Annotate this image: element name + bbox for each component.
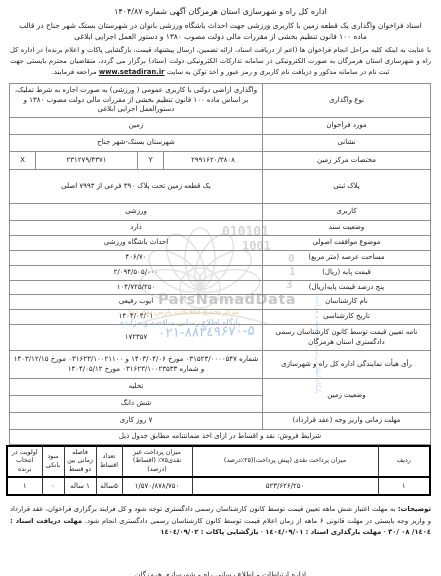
table-row: قیمت پایه (ریال) ۲/۰۹۴/۵۰۵/۰۰۰ [10, 265, 431, 280]
cell-winner-priority: ۱ [7, 477, 42, 495]
row-value: ۴۰۶/۷۰ [10, 251, 263, 266]
sale-terms: شرایط فروش: نقد و اقساط در ازای اخذ ضمان… [10, 430, 431, 445]
coordinate-y-label: Y [138, 152, 164, 169]
row-label: وضعیت زمین [263, 379, 431, 413]
row-value: ایوب رفیعی [10, 295, 263, 310]
table-row: کاربری ورزشی [10, 204, 431, 221]
payments-header-row: ردیف میزان پرداخت نقدی (پیش پرداخت)(۲۵٪د… [7, 446, 430, 478]
table-row-coordinates: مختصات مرکز زمین ۲۹۹۱۶۲۰/۳۸۰۸ Y ۲۳۱۲۷۹/۴… [10, 152, 431, 170]
cell-row-number: ۱ [378, 477, 430, 495]
row-value: ۱۷۲۳۵۷ [10, 325, 263, 351]
row-label: مختصات مرکز زمین [263, 152, 431, 170]
row-value: دارد [10, 221, 263, 236]
document-title: اداره کل راه و شهرسازی استان هرمزگان آگه… [10, 7, 431, 16]
row-value: ورزشی [10, 204, 263, 221]
row-label: نشانی [263, 135, 431, 152]
table-row: وضعیت سند دارد [10, 221, 431, 236]
row-label: موضوع موافقت اصولی [263, 236, 431, 251]
row-value: ۷ روز کاری [10, 413, 263, 430]
row-value: ۲۹۹۱۶۲۰/۳۸۰۸ Y ۲۳۱۲۷۹/۴۳۷۱ X [10, 152, 263, 170]
cell-installment-interval: ۱ ساله [64, 477, 96, 495]
row-value: واگذاری اراضی دولتی با کاربری عمومی ( ور… [10, 83, 263, 117]
table-row: رأی هیأت نمایندگی اداره کل راه و شهرسازی… [10, 351, 431, 379]
upload-deadline-label: مهلت بارگذاری اسناد : [306, 528, 382, 536]
row-label: مساحت عرصه (متر مربع) [263, 251, 431, 266]
table-row: نامه تعیین قیمت توسط کانون کارشناسان رسم… [10, 325, 431, 351]
row-value: احداث باشگاه ورزشی [10, 236, 263, 251]
opening-label: بازگشایی پاکات : [201, 528, 259, 536]
table-row: پنج درصد قیمت پایه(ریال) ۱۰۴/۷۲۵/۲۵۰ [10, 280, 431, 295]
cell-bank-interest: ۰ [42, 477, 64, 495]
payments-table: ردیف میزان پرداخت نقدی (پیش پرداخت)(۲۵٪د… [6, 445, 431, 497]
row-label: نوع واگذاری [263, 83, 431, 117]
row-value: یک قطعه زمین تحت پلاک ۳۹۰ فرعی از ۷۹۹۳ ا… [10, 170, 263, 204]
row-value: تخلیه [10, 379, 263, 396]
row-label: پلاک ثبتی [263, 170, 431, 204]
column-header: سود بانکی [42, 446, 64, 478]
row-label: وضعیت سند [263, 221, 431, 236]
table-row: مساحت عرصه (متر مربع) ۴۰۶/۷۰ [10, 251, 431, 266]
cell-installment-count: ۵ساله [96, 477, 122, 495]
upload-deadline-date: ١٤٠٤/٠٩/٠١ [265, 527, 303, 538]
table-row: نام کارشناسان ایوب رفیعی [10, 295, 431, 310]
row-label: پنج درصد قیمت پایه(ریال) [263, 280, 431, 295]
coordinate-x-value: ۲۳۱۲۷۹/۴۳۷۱ [36, 152, 138, 169]
row-value: شماره ۰۳۱۵۲۳/۰۰۰۰۵۴۷ مورخ ۱۴۰۳/۰۴/۰۶ و ۰… [10, 351, 263, 379]
cell-cash-payment: ۵۲۳/۶۲۶/۲۵۰ [192, 477, 378, 495]
row-label: مورد فراخوان [263, 118, 431, 135]
row-label: تاریخ کارشناسی [263, 310, 431, 325]
separator: - [383, 528, 385, 536]
receive-deadline-date: ۳۰/ ۰۸ /١٤٠٤ [388, 527, 431, 538]
column-header: تعداد اقساط [96, 446, 122, 478]
coordinates-cells: ۲۹۹۱۶۲۰/۳۸۰۸ Y ۲۳۱۲۷۹/۴۳۷۱ X [10, 152, 262, 169]
column-header: فاصله زمانی بین دو قسط [64, 446, 96, 478]
row-label: نامه تعیین قیمت توسط کانون کارشناسان رسم… [263, 325, 431, 351]
row-label: مهلت زمانی واریز وجه (عقد قرارداد) [263, 413, 431, 430]
opening-date: ١٤٠٤/٠٩/٠٢ [160, 527, 198, 538]
column-header: میزان پرداخت نقدی (پیش پرداخت)(۲۵٪درصد) [192, 446, 378, 478]
table-row: تاریخ کارشناسی ۱۴۰۴/۰۴/۰۱ [10, 310, 431, 325]
row-value: ۱۰۴/۷۲۵/۲۵۰ [10, 280, 263, 295]
coordinate-y-value: ۲۹۹۱۶۲۰/۳۸۰۸ [164, 152, 262, 169]
table-row: مهلت زمانی واریز وجه (عقد قرارداد) ۷ روز… [10, 413, 431, 430]
intro-tail: مراجعه فرمایند. [52, 68, 99, 76]
table-row: پلاک ثبتی یک قطعه زمین تحت پلاک ۳۹۰ فرعی… [10, 170, 431, 204]
row-value: شش دانگ [10, 396, 263, 413]
notes-label: توضیحات: [398, 505, 431, 513]
separator: - [261, 528, 263, 536]
row-label: کاربری [263, 204, 431, 221]
column-header: اولویت در انتخاب برنده [7, 446, 42, 478]
table-row: نشانی شهرستان بستک-شهر جناح [10, 135, 431, 152]
intro-paragraph: با عنایت به اینکه کلیه مراحل انجام فراخو… [10, 45, 431, 78]
document-content: اداره کل راه و شهرسازی استان هرمزگان آگه… [0, 0, 441, 576]
document-subtitle: اسناد فراخوان واگذاری یک قطعه زمین با کا… [14, 20, 427, 42]
table-row: نوع واگذاری واگذاری اراضی دولتی با کاربر… [10, 83, 431, 117]
row-label: نام کارشناسان [263, 295, 431, 310]
payments-data-row: ۱ ۵۲۳/۶۲۶/۲۵۰ ۱/۵۷۰/۸۷۸/۷۵۰ ۵ساله ۱ ساله… [7, 477, 430, 495]
row-label: رأی هیأت نمایندگی اداره کل راه و شهرسازی [263, 351, 431, 379]
table-row-sale-terms: شرایط فروش: نقد و اقساط در ازای اخذ ضمان… [10, 430, 431, 445]
receive-deadline-label: مهلت دریافت اسناد : [10, 517, 82, 525]
row-value: ۱۴۰۴/۰۴/۰۱ [10, 310, 263, 325]
column-header: ردیف [378, 446, 430, 478]
coordinate-x-label: X [10, 152, 36, 169]
row-value: زمین [10, 118, 263, 135]
table-row-land-status: وضعیت زمین تخلیه [10, 379, 431, 396]
setadiran-link[interactable]: www.setadiran.ir [99, 68, 165, 76]
row-value: ۲/۰۹۴/۵۰۵/۰۰۰ [10, 265, 263, 280]
cell-installment-payment: ۱/۵۷۰/۸۷۸/۷۵۰ [122, 477, 192, 495]
issuing-office-footer: اداره ارتباطات و اطلاع رسانی راه و شهرسا… [10, 570, 431, 576]
details-table: نوع واگذاری واگذاری اراضی دولتی با کاربر… [9, 83, 431, 445]
table-row: موضوع موافقت اصولی احداث باشگاه ورزشی [10, 236, 431, 251]
row-value: شهرستان بستک-شهر جناح [10, 135, 263, 152]
announcement-document: 010101 1001 0 1 3 ParsNamadData مرکز تجم… [0, 0, 441, 576]
notes-paragraph: توضیحات: به مهلت اعتبار شش ماهه تعیین قی… [10, 504, 431, 538]
table-row: مورد فراخوان زمین [10, 118, 431, 135]
row-label: قیمت پایه (ریال) [263, 265, 431, 280]
column-header: میزان پرداخت غیر نقدی۷۵٪ (اقساط)(درصد) [122, 446, 192, 478]
